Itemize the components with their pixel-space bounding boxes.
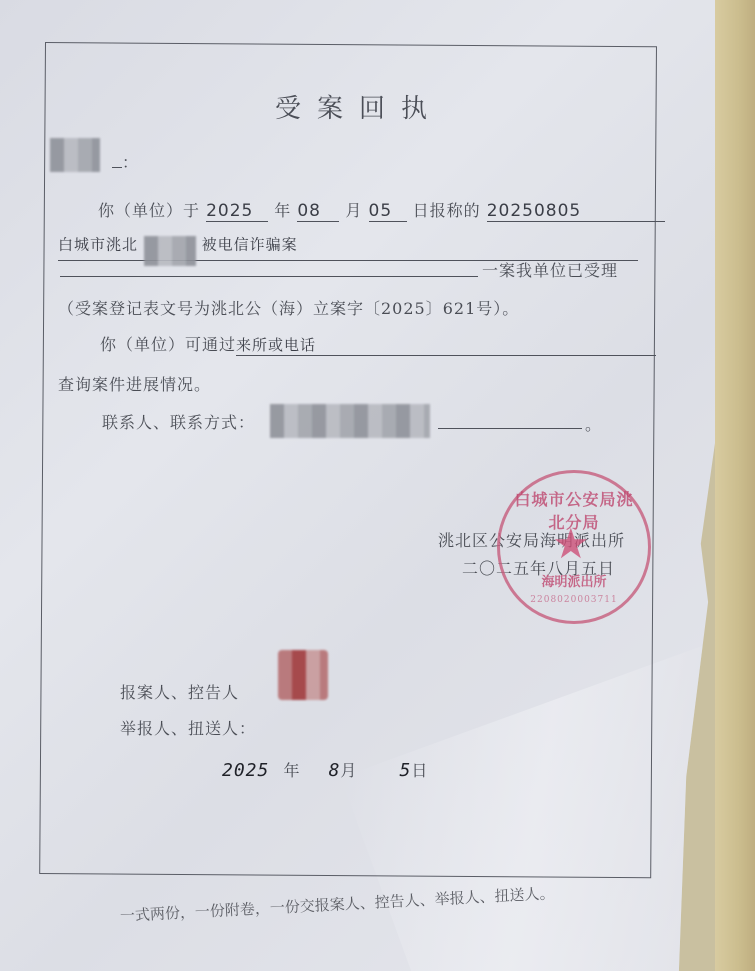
official-seal: 白城市公安局洮北分局 ★ 海明派出所 2208020003711 bbox=[497, 470, 651, 624]
star-icon: ★ bbox=[552, 519, 590, 568]
redacted-recipient bbox=[50, 138, 100, 172]
redacted-reporter-signature bbox=[278, 650, 328, 700]
case-description-line: 白城市洮北 被电信诈骗案 bbox=[58, 230, 638, 261]
accepted-statement: 一案我单位已受理 bbox=[482, 258, 618, 281]
reporter-label: 报案人、控告人 bbox=[120, 680, 239, 703]
contact-line: 联系人、联系方式： bbox=[102, 410, 255, 433]
progress-inquiry-text: 查询案件进展情况。 bbox=[58, 372, 211, 395]
signed-day: 5 bbox=[400, 760, 412, 781]
background-surface bbox=[715, 0, 755, 971]
informant-label: 举报人、扭送人： bbox=[120, 716, 256, 739]
seal-bottom-text: 海明派出所 bbox=[520, 571, 628, 590]
signed-month: 8 bbox=[329, 760, 341, 781]
redacted-contact bbox=[270, 404, 430, 438]
salutation-colon: ： bbox=[112, 150, 139, 173]
report-date-line: 你（单位）于 2025 年 08 月 05 日报称的 20250805 bbox=[98, 198, 665, 222]
case-location: 白城市洮北 bbox=[58, 236, 138, 254]
redacted-case-detail bbox=[144, 236, 196, 266]
line-prefix: 你（单位）于 bbox=[98, 201, 200, 220]
document-title: 受案回执 bbox=[275, 88, 443, 125]
report-month: 08 bbox=[297, 201, 339, 222]
signed-date: 2025 年 8月 5日 bbox=[222, 758, 428, 781]
contact-blank bbox=[438, 428, 582, 429]
reported-text: 20250805 bbox=[487, 201, 665, 222]
signed-year: 2025 bbox=[222, 760, 269, 781]
report-year: 2025 bbox=[206, 201, 268, 222]
inquiry-method-line: 你（单位）可通过来所或电话 bbox=[100, 332, 656, 356]
blank-line bbox=[60, 276, 478, 277]
inquiry-method: 来所或电话 bbox=[236, 334, 656, 356]
contact-label: 联系人、联系方式： bbox=[102, 413, 255, 432]
case-type: 被电信诈骗案 bbox=[202, 236, 298, 254]
registration-number: （受案登记表文号为洮北公（海）立案字〔2025〕621号）。 bbox=[58, 296, 519, 319]
report-day: 05 bbox=[369, 201, 407, 222]
seal-number: 2208020003711 bbox=[518, 595, 630, 605]
